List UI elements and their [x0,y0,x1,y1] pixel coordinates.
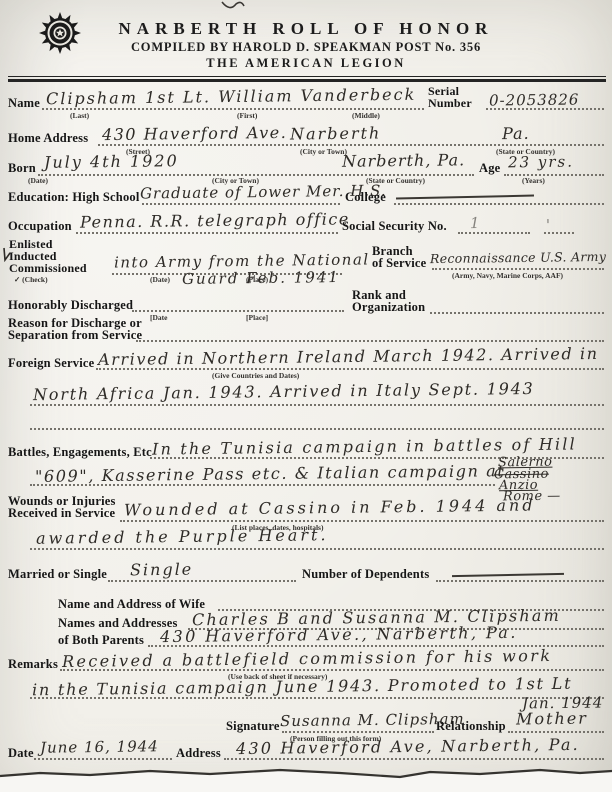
ssn-line-1 [458,232,530,234]
remarks-value-line2: in the Tunisia campaign June 1943. Promo… [32,674,573,700]
reason-line [136,340,604,342]
foreign-value-line1: Arrived in Northern Ireland March 1942. … [98,344,599,369]
remarks-value-line1: Received a battlefield commission for hi… [62,646,553,671]
battles-value-line2: "609", Kasserine Pass etc. & Italian cam… [35,461,506,486]
page-subtitle: COMPILED BY HAROLD D. SPEAKMAN POST No. … [0,40,612,55]
age-value: 23 yrs. [508,153,574,172]
relationship-value: Mother [516,709,588,729]
home-city-value: Narberth [290,123,382,143]
rank-line [430,312,604,314]
signature-label: Signature [226,719,280,734]
foreign-sub: (Give Countries and Dates) [212,371,299,380]
name-value: Clipsham 1st Lt. William Vanderbeck [46,85,416,109]
occupation-value: Penna. R.R. telegraph office [80,209,350,231]
name-label: Name [8,96,40,111]
born-sub-date: (Date) [28,176,48,185]
dependents-label: Number of Dependents [302,567,429,582]
parents-label-2: of Both Parents [58,633,144,648]
foreign-line-2 [30,404,604,406]
entry-sub-check: ✓ (Check) [14,275,48,284]
married-value: Single [130,560,193,580]
rank-label-2: Organization [352,300,425,315]
dependents-blank-dash [452,573,564,577]
serial-label-2: Number [428,96,472,111]
born-date-value: July 4th 1920 [44,151,179,172]
header-rule-thick [8,79,606,82]
discharged-line [132,310,344,312]
ssn-label: Social Security No. [342,219,447,234]
date-line [34,758,172,760]
name-sub-first: (First) [237,111,257,120]
address-label: Address [176,746,221,761]
born-sub-years: (Years) [522,176,545,185]
home-address-label: Home Address [8,131,88,146]
relationship-line [508,731,604,733]
battles-label: Battles, Engagements, Etc [8,445,152,460]
home-street-value: 430 Haverford Ave. [102,123,288,144]
born-place-value: Narberth, Pa. [342,150,465,171]
home-sub-city: (City or Town) [300,147,347,156]
occupation-label: Occupation [8,219,72,234]
date-label: Date [8,746,34,761]
foreign-line-3 [30,428,604,430]
serial-value: 0-2053826 [489,90,580,109]
name-line [42,108,424,110]
wounds-label-2: Received in Service [8,506,115,521]
entry-sub-place: (Place) [246,275,268,284]
signature-line [282,731,434,733]
branch-line [432,268,604,270]
honorably-discharged-label: Honorably Discharged [8,298,133,313]
wounds-value-line1: Wounded at Cassino in Feb. 1944 and [124,495,536,519]
relationship-label: Relationship [436,719,506,734]
branch-sub: (Army, Navy, Marine Corps, AAF) [452,271,563,280]
college-blank-dash [396,195,534,200]
pen-stroke-mark [220,0,246,10]
ssn-stray-mark-1: 1 [470,214,481,232]
wounds-value-line2: awarded the Purple Heart. [36,525,329,548]
highschool-line [142,203,340,205]
dependents-line [436,580,604,582]
entry-sub-date: (Date) [150,275,170,284]
branch-label-2: of Service [372,256,426,271]
discharged-sub-date: [Date [150,313,168,322]
home-state-value: Pa. [502,124,530,143]
wounds-line-2 [30,548,604,550]
page-title: NARBERTH ROLL OF HONOR [0,19,612,39]
foreign-value-line2: North Africa Jan. 1943. Arrived in Italy… [33,379,535,404]
date-value: June 16, 1944 [40,737,159,756]
torn-edge [0,764,612,792]
age-label: Age [479,161,500,176]
ssn-stray-mark-2: ' [546,216,551,234]
address-value: 430 Haverford Ave, Narberth, Pa. [236,735,580,758]
name-sub-middle: (Middle) [352,111,380,120]
wife-label: Name and Address of Wife [58,597,205,612]
remarks-label: Remarks [8,657,58,672]
occupation-line [76,232,338,234]
address-line [224,758,604,760]
age-line [504,174,604,176]
wounds-line-1 [120,520,604,522]
org-title: THE AMERICAN LEGION [0,56,612,71]
education-label: Education: High School [8,190,140,205]
home-address-line [98,144,604,146]
married-label: Married or Single [8,567,107,582]
name-sub-last: (Last) [70,111,89,120]
foreign-service-label: Foreign Service [8,356,94,371]
college-line [394,203,604,205]
college-label: College [345,190,386,205]
parents-value-2: 430 Haverford Ave., Narberth, Pa. [160,623,518,646]
branch-value: Reconnaissance U.S. Army [430,249,606,266]
commissioned-label: Commissioned [9,261,87,276]
married-line [108,580,296,582]
header-rule-thin [8,76,606,77]
roll-of-honor-form: NARBERTH ROLL OF HONOR COMPILED BY HAROL… [0,0,612,792]
reason-label-2: Separation from Service [8,328,142,343]
foreign-line-1 [96,368,604,370]
born-label: Born [8,161,36,176]
discharged-sub-place: [Place] [246,313,268,322]
